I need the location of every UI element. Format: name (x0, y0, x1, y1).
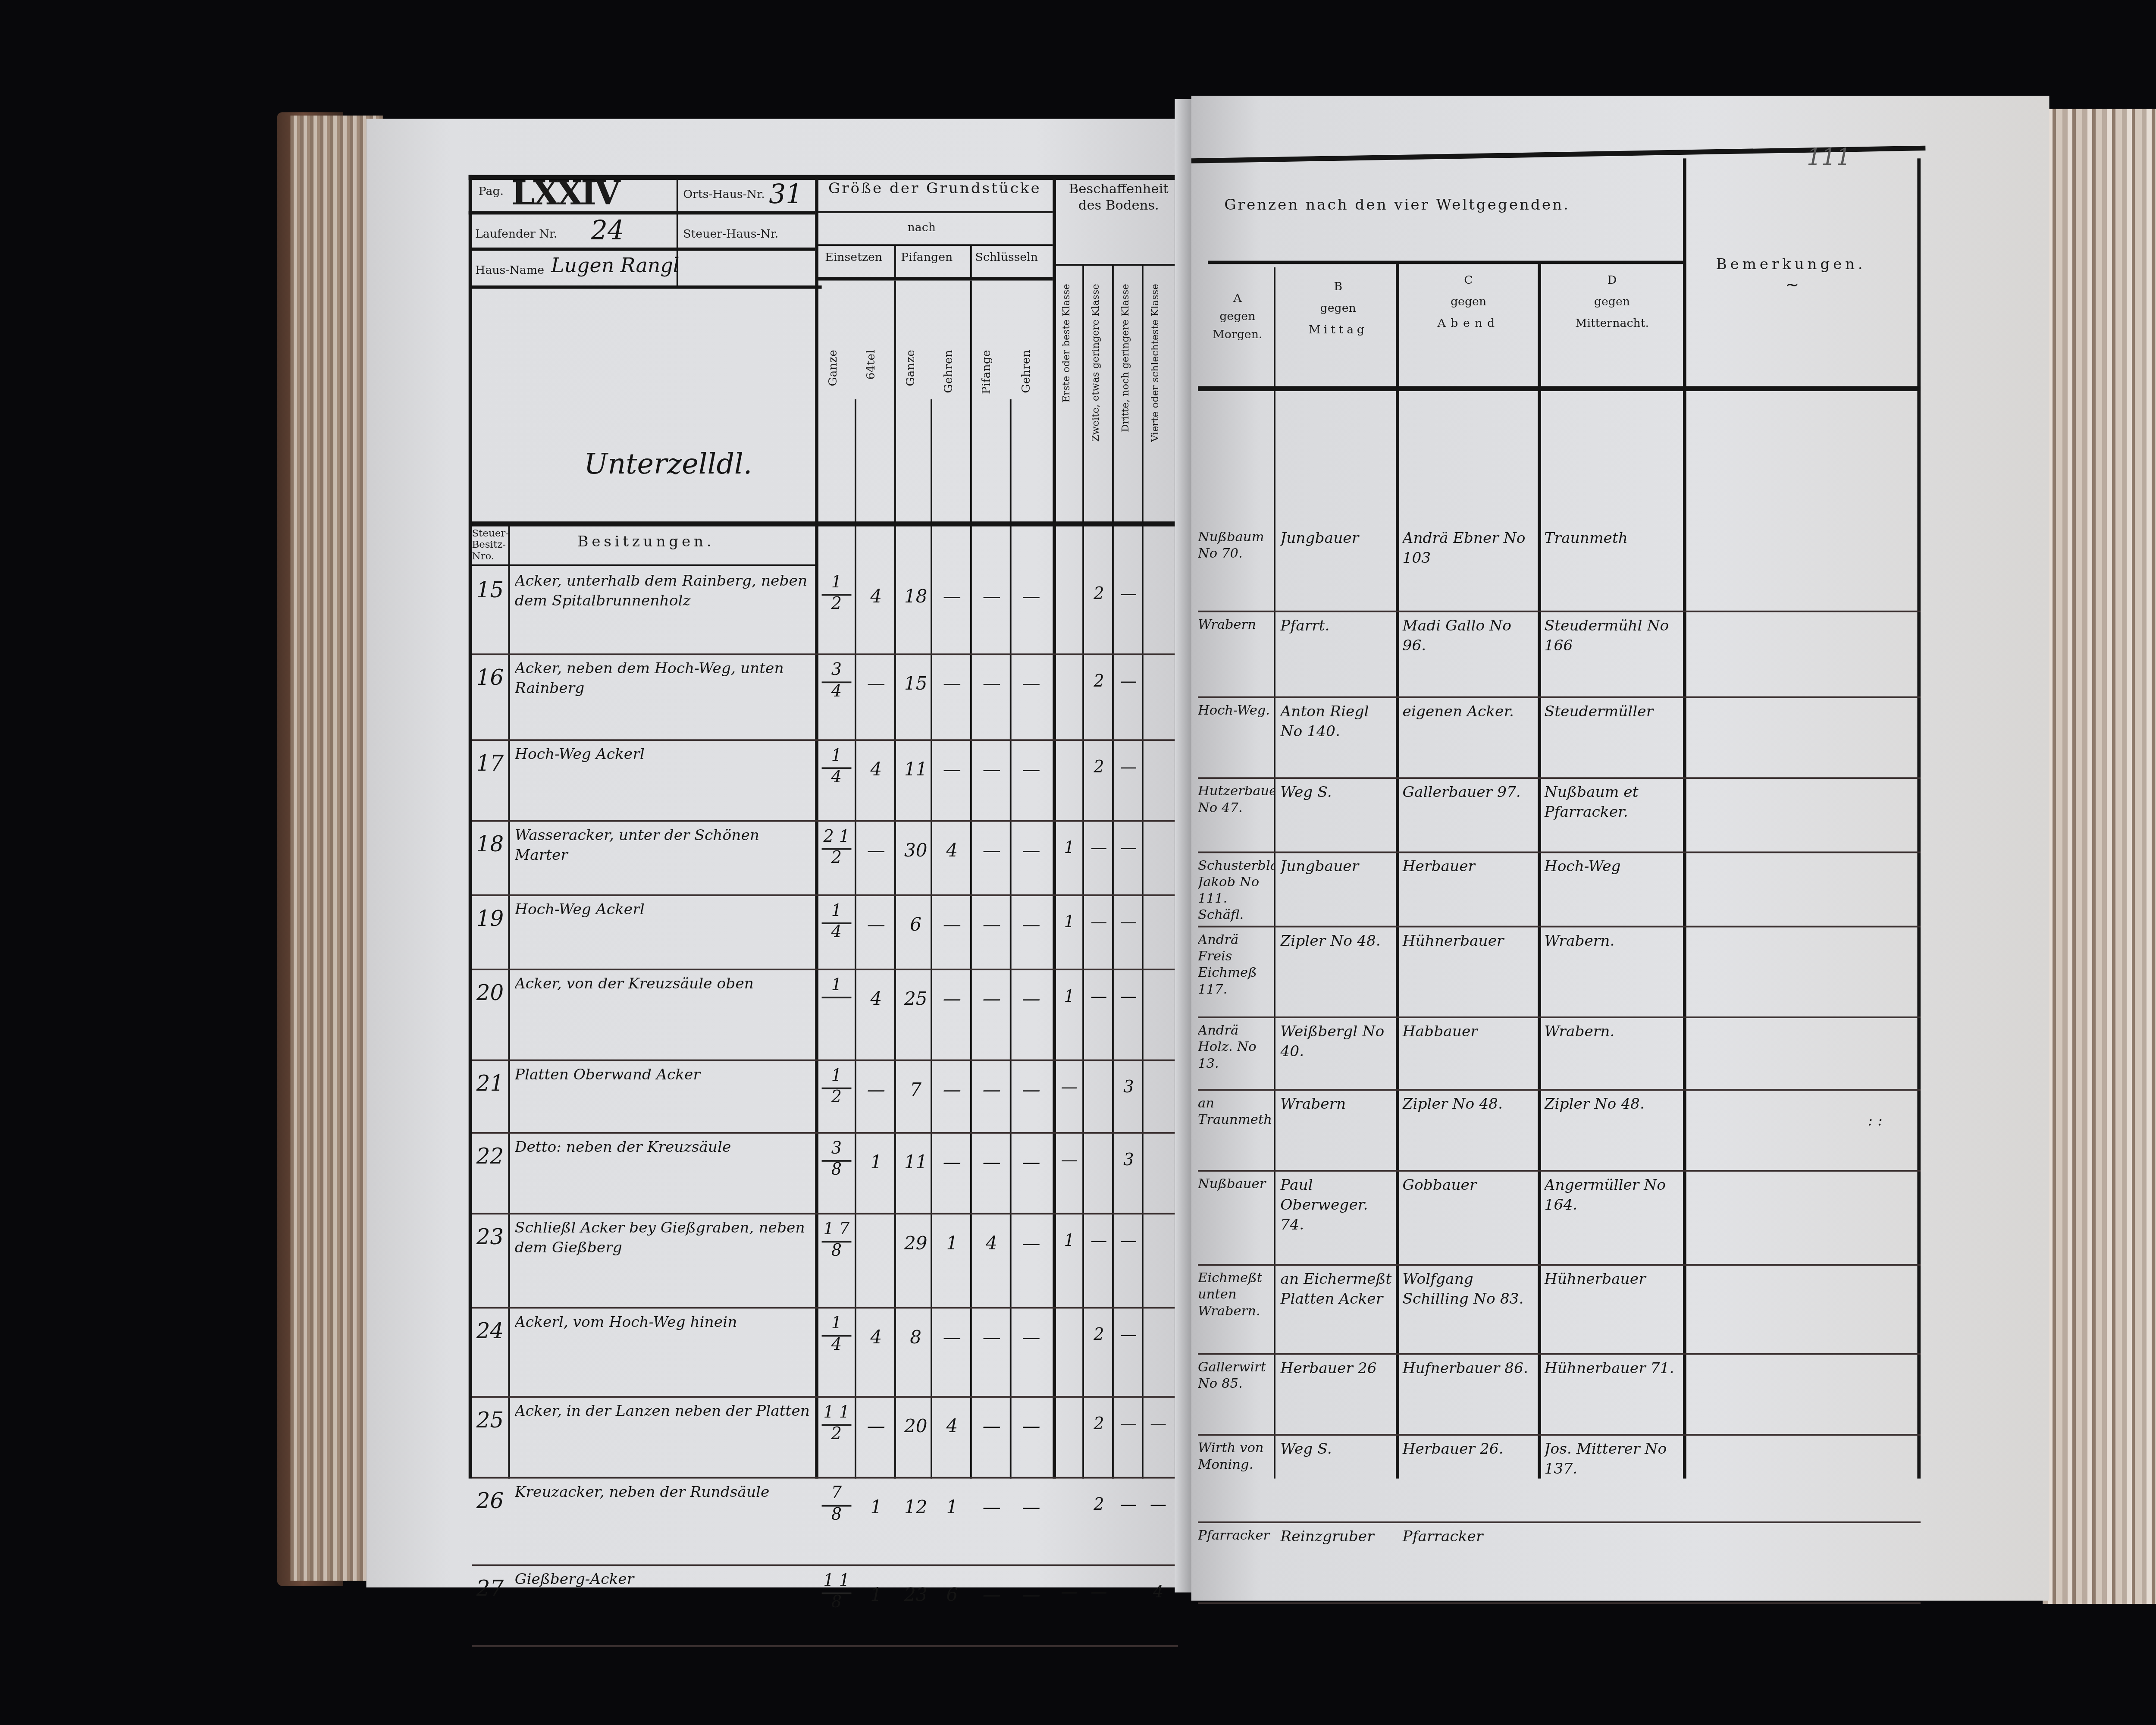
boundary-east: Andrä Freis Eichmeß 117. (1198, 933, 1274, 1016)
value-c1: — (858, 672, 894, 694)
value-c5: — (1013, 1496, 1049, 1518)
boundary-south: an Eichermeßt Platten Acker (1280, 1271, 1392, 1353)
value-c2: 12 (898, 1496, 934, 1518)
boundary-east: Wirth von Moning. (1198, 1440, 1274, 1522)
value-k3: 3 (1116, 1151, 1142, 1170)
value-c2: 18 (898, 586, 934, 608)
value-c4: — (974, 915, 1010, 936)
value-c2: 11 (898, 759, 934, 781)
group-pifangen: Pifangen (901, 251, 953, 264)
value-k4: — (1145, 1496, 1172, 1515)
boundary-west: Habbauer (1403, 1022, 1535, 1089)
boundary-west: eigenen Acker. (1403, 703, 1535, 778)
value-c1: — (858, 915, 894, 936)
boundary-north: Zipler No 48. (1545, 1095, 1680, 1170)
value-k1: 1 (1056, 840, 1082, 858)
value-k4: — (1145, 1415, 1172, 1433)
boundary-east: Nußbauer (1198, 1176, 1274, 1264)
possession-description: Acker, neben dem Hoch-Weg, unten Rainber… (515, 659, 812, 739)
col-d-header: D gegen Mitternacht. (1541, 271, 1683, 335)
possession-description: Gießberg-Acker (515, 1571, 812, 1646)
value-k3: — (1116, 759, 1142, 777)
boundary-east: Schusterblatt Jakob No 111. Schäfl. (1198, 859, 1274, 926)
value-k3: — (1116, 1496, 1142, 1515)
value-k2: 2 (1086, 1415, 1112, 1433)
boundary-north: Wrabern. (1545, 933, 1680, 1016)
value-c5: — (1013, 1327, 1049, 1349)
value-c5: — (1013, 1151, 1049, 1173)
possession-description: Schließl Acker bey Gießgraben, neben dem… (515, 1220, 812, 1308)
possession-description: Hoch-Weg Ackerl (515, 746, 812, 821)
col-pifange: Pifange (980, 350, 993, 394)
boundary-west: Gobbauer (1403, 1176, 1535, 1264)
boundary-north: Nußbaum et Pfarracker. (1545, 784, 1680, 852)
boundary-west: Wolfgang Schilling No 83. (1403, 1271, 1535, 1353)
value-c2: 11 (898, 1151, 934, 1173)
remark: : : (1868, 1112, 1914, 1132)
groesse-title: Größe der Grundstücke (828, 182, 1041, 198)
row-divider (1198, 1522, 1921, 1524)
value-c2: 15 (898, 672, 934, 694)
value-c2: 29 (898, 1233, 934, 1254)
possession-description: Platten Oberwand Acker (515, 1065, 812, 1132)
row-divider (472, 1308, 1178, 1309)
possession-description: Ackerl, vom Hoch-Weg hinein (515, 1314, 812, 1396)
fraction-ganze: 1 12 (818, 1405, 855, 1443)
row-divider (1198, 1265, 1921, 1267)
row-divider (1198, 1353, 1921, 1355)
value-k1: — (1056, 1079, 1082, 1097)
beschaffenheit-title: Beschaffenheit des Bodens. (1059, 182, 1178, 215)
row-divider (1198, 778, 1921, 779)
value-c5: — (1013, 586, 1049, 608)
boundary-south: Weg S. (1280, 784, 1392, 852)
col-gehren-2: Gehren (1020, 350, 1033, 393)
value-c1: 1 (858, 1584, 894, 1606)
value-c5: — (1013, 1233, 1049, 1254)
value-c3: — (934, 1079, 970, 1100)
fraction-ganze: 14 (818, 1317, 855, 1355)
orts-haus-nr-value: 31 (769, 178, 802, 210)
value-k1: — (1056, 1151, 1082, 1170)
boundary-north: Traunmeth (1545, 530, 1680, 609)
value-c5: — (1013, 1079, 1049, 1100)
besitzungen-label: Besitzungen. (577, 535, 714, 551)
value-k3: 3 (1116, 1079, 1142, 1097)
row-divider (472, 1213, 1178, 1214)
groesse-sub: nach (908, 221, 936, 235)
laufender-nr-label: Laufender Nr. (475, 228, 557, 241)
possession-description: Acker, unterhalb dem Rainberg, neben dem… (515, 573, 812, 652)
value-c5: — (1013, 759, 1049, 781)
fraction-ganze: 12 (818, 1069, 855, 1107)
value-c3: 1 (934, 1496, 970, 1518)
boundary-north (1545, 1528, 1680, 1603)
fraction-ganze: 1 (818, 979, 855, 1001)
value-c4: — (974, 586, 1010, 608)
steuer-besitz-nr: 20 (472, 982, 508, 1007)
value-c2: 6 (898, 915, 934, 936)
value-k2: — (1086, 1584, 1112, 1603)
value-c3: — (934, 1151, 970, 1173)
row-divider (1198, 1089, 1921, 1091)
steuer-besitz-nr: 21 (472, 1072, 508, 1096)
row-divider (472, 969, 1178, 971)
value-c2: 23 (898, 1584, 934, 1606)
possession-description: Kreuzacker, neben der Rundsäule (515, 1483, 812, 1565)
value-c4: — (974, 1496, 1010, 1518)
value-k3: — (1116, 1327, 1142, 1345)
value-k1: 1 (1056, 915, 1082, 933)
boundary-south: Wrabern (1280, 1095, 1392, 1170)
value-k2: 2 (1086, 759, 1112, 777)
col-gehren-1: Gehren (942, 350, 956, 393)
row-divider (472, 1477, 1178, 1478)
col-c-header: C gegen Abend (1403, 271, 1535, 335)
boundary-east: Andrä Holz. No 13. (1198, 1022, 1274, 1089)
value-k2: — (1086, 840, 1112, 858)
boundary-east: Pfarracker (1198, 1528, 1274, 1603)
value-k2: 2 (1086, 1496, 1112, 1515)
value-c3: — (934, 915, 970, 936)
value-k4: 4 (1145, 1584, 1172, 1603)
boundary-south: Zipler No 48. (1280, 933, 1392, 1016)
boundary-west: Hufnerbauer 86. (1403, 1359, 1535, 1434)
boundary-south: Jungbauer (1280, 530, 1392, 609)
class-2: Zweite, etwas geringere Klasse (1091, 284, 1102, 442)
laufender-nr-value: 24 (591, 214, 624, 246)
fraction-ganze: 1 18 (818, 1574, 855, 1612)
value-c2: 25 (898, 989, 934, 1011)
boundary-east: Gallerwirt No 85. (1198, 1359, 1274, 1434)
value-c3: 6 (934, 1584, 970, 1606)
possession-description: Acker, von der Kreuzsäule oben (515, 976, 812, 1059)
col-64tel: 64tel (865, 350, 878, 379)
boundary-south: Reinzgruber (1280, 1528, 1392, 1603)
value-k3: — (1116, 586, 1142, 604)
value-k2: — (1086, 989, 1112, 1007)
row-divider (1198, 1434, 1921, 1436)
row-divider (472, 739, 1178, 741)
value-c3: — (934, 759, 970, 781)
row-divider (1198, 926, 1921, 928)
boundary-south: Anton Riegl No 140. (1280, 703, 1392, 778)
boundary-north: Angermüller No 164. (1545, 1176, 1680, 1264)
col-ganze-2: Ganze (904, 350, 918, 386)
value-c4: — (974, 1327, 1010, 1349)
boundary-west: Gallerbauer 97. (1403, 784, 1535, 852)
boundary-north: Hühnerbauer 71. (1545, 1359, 1680, 1434)
boundary-north: Jos. Mitterer No 137. (1545, 1440, 1680, 1522)
value-k1: 1 (1056, 1233, 1082, 1251)
bemerkungen-label: Bemerkungen. (1716, 257, 1866, 274)
row-divider (472, 1565, 1178, 1566)
steuer-besitz-label: Steuer-Besitz-Nro. (472, 528, 508, 562)
boundary-north: Hoch-Weg (1545, 859, 1680, 926)
value-c3: 4 (934, 840, 970, 862)
left-page: Pag. LXXIV Orts-Haus-Nr. 31 Laufender Nr… (366, 119, 1204, 1588)
steuer-haus-nr-label: Steuer-Haus-Nr. (683, 228, 778, 241)
value-k2: 2 (1086, 1327, 1112, 1345)
value-c5: — (1013, 989, 1049, 1011)
steuer-besitz-nr: 15 (472, 579, 508, 604)
row-divider (1198, 696, 1921, 698)
boundary-north: Steudermühl No 166 (1545, 616, 1680, 696)
group-einsetzen: Einsetzen (825, 251, 882, 264)
fraction-ganze: 14 (818, 749, 855, 787)
boundary-east: Eichmeßt unten Wrabern. (1198, 1271, 1274, 1353)
boundary-south: Weißbergl No 40. (1280, 1022, 1392, 1089)
boundary-east: Hoch-Weg. (1198, 703, 1274, 778)
grenzen-title: Grenzen nach den vier Weltgegenden. (1224, 198, 1570, 214)
value-c3: 4 (934, 1415, 970, 1437)
boundary-west: Pfarracker (1403, 1528, 1535, 1603)
value-c1: 4 (858, 1327, 894, 1349)
row-divider (472, 820, 1178, 822)
pag-value: LXXIV (511, 173, 619, 213)
value-c4: — (974, 1584, 1010, 1606)
steuer-besitz-nr: 16 (472, 666, 508, 690)
fraction-ganze: 1 78 (818, 1223, 855, 1261)
row-divider (472, 1396, 1178, 1397)
folio-number: 111 (1807, 145, 1851, 172)
orts-haus-nr-label: Orts-Haus-Nr. (683, 188, 765, 201)
row-divider (1198, 610, 1921, 612)
group-schluesseln: Schlüsseln (975, 251, 1038, 264)
possession-description: Acker, in der Lanzen neben der Platten (515, 1402, 812, 1477)
boundary-east: Wrabern (1198, 616, 1274, 696)
steuer-besitz-nr: 24 (472, 1321, 508, 1345)
boundary-south: Weg S. (1280, 1440, 1392, 1522)
steuer-besitz-nr: 17 (472, 753, 508, 777)
value-c1: 4 (858, 989, 894, 1011)
value-k3: — (1116, 989, 1142, 1007)
row-divider (1198, 1016, 1921, 1017)
value-k1: — (1056, 1584, 1082, 1603)
value-c5: — (1013, 1584, 1049, 1606)
value-c4: — (974, 1151, 1010, 1173)
value-c4: — (974, 759, 1010, 781)
boundary-south: Jungbauer (1280, 859, 1392, 926)
boundary-west: Madi Gallo No 96. (1403, 616, 1535, 696)
steuer-besitz-nr: 23 (472, 1226, 508, 1251)
value-c5: — (1013, 672, 1049, 694)
value-c1: — (858, 1079, 894, 1100)
possession-description: Wasseracker, unter der Schönen Marter (515, 827, 812, 895)
steuer-besitz-nr: 19 (472, 908, 508, 933)
fraction-ganze: 2 12 (818, 830, 855, 868)
value-c4: — (974, 672, 1010, 694)
value-k3: — (1116, 1415, 1142, 1433)
col-a-header: A gegen Morgen. (1204, 290, 1270, 345)
value-k2: — (1086, 915, 1112, 933)
value-c2: 30 (898, 840, 934, 862)
value-k2: 2 (1086, 586, 1112, 604)
value-c1: 4 (858, 586, 894, 608)
boundary-north: Hühnerbauer (1545, 1271, 1680, 1353)
possession-description: Hoch-Weg Ackerl (515, 901, 812, 969)
row-divider (472, 652, 1178, 654)
possession-description: Detto: neben der Kreuzsäule (515, 1138, 812, 1213)
col-b-header: B gegen Mittag (1280, 277, 1396, 342)
row-divider (1198, 1603, 1921, 1605)
row-divider (472, 1059, 1178, 1060)
row-divider (1198, 1170, 1921, 1172)
row-divider (472, 1132, 1178, 1133)
value-k3: — (1116, 1233, 1142, 1251)
value-c2: 7 (898, 1079, 934, 1100)
boundary-north: Wrabern. (1545, 1022, 1680, 1089)
right-page: 111 Grenzen nach den vier Weltgegenden. … (1191, 96, 2049, 1601)
value-c3: — (934, 1327, 970, 1349)
fraction-ganze: 34 (818, 662, 855, 700)
steuer-besitz-nr: 26 (472, 1490, 508, 1515)
owner-place: Unterzelldl. (584, 449, 752, 482)
value-c4: 4 (974, 1233, 1010, 1254)
value-c5: — (1013, 1415, 1049, 1437)
class-1: Erste oder beste Klasse (1061, 284, 1072, 403)
fraction-ganze: 38 (818, 1142, 855, 1179)
fraction-ganze: 14 (818, 905, 855, 943)
value-c2: 8 (898, 1327, 934, 1349)
fraction-ganze: 78 (818, 1487, 855, 1524)
value-c4: — (974, 1079, 1010, 1100)
value-c2: 20 (898, 1415, 934, 1437)
value-c5: — (1013, 840, 1049, 862)
value-c1: — (858, 1415, 894, 1437)
value-c5: — (1013, 915, 1049, 936)
value-k1: 1 (1056, 989, 1082, 1007)
value-c3: 1 (934, 1233, 970, 1254)
class-4: Vierte oder schlechteste Klasse (1150, 284, 1162, 442)
photo-stage: Pag. LXXIV Orts-Haus-Nr. 31 Laufender Nr… (0, 0, 2156, 1725)
value-k2: 2 (1086, 672, 1112, 690)
boundary-west: Zipler No 48. (1403, 1095, 1535, 1170)
bemerkungen-ornament: ~ (1785, 277, 1799, 295)
boundary-south: Paul Oberweger. 74. (1280, 1176, 1392, 1264)
value-c1: 4 (858, 759, 894, 781)
boundary-south: Herbauer 26 (1280, 1359, 1392, 1434)
value-c3: — (934, 989, 970, 1011)
haus-name-value: Lugen Rangl (551, 254, 680, 277)
haus-name-label: Haus-Name (475, 264, 544, 277)
value-k3: — (1116, 672, 1142, 690)
fraction-ganze: 12 (818, 576, 855, 614)
boundary-east: Nußbaum No 70. (1198, 530, 1274, 609)
row-divider (472, 1646, 1178, 1648)
boundary-west: Herbauer (1403, 859, 1535, 926)
value-c1: — (858, 840, 894, 862)
boundary-south: Pfarrt. (1280, 616, 1392, 696)
boundary-east: an Traunmeth (1198, 1095, 1274, 1170)
pag-label: Pag. (479, 185, 504, 198)
steuer-besitz-nr: 22 (472, 1145, 508, 1170)
boundary-east: Hutzerbauer No 47. (1198, 784, 1274, 852)
value-k3: — (1116, 840, 1142, 858)
value-c4: — (974, 989, 1010, 1011)
value-k3: — (1116, 915, 1142, 933)
value-c1: 1 (858, 1496, 894, 1518)
boundary-west: Hühnerbauer (1403, 933, 1535, 1016)
row-divider (472, 895, 1178, 897)
steuer-besitz-nr: 18 (472, 834, 508, 858)
value-c4: — (974, 840, 1010, 862)
boundary-west: Andrä Ebner No 103 (1403, 530, 1535, 609)
boundary-west: Herbauer 26. (1403, 1440, 1535, 1522)
value-c1: 1 (858, 1151, 894, 1173)
value-c4: — (974, 1415, 1010, 1437)
row-divider (1198, 852, 1921, 854)
steuer-besitz-nr: 27 (472, 1578, 508, 1603)
class-3: Dritte, noch geringere Klasse (1120, 284, 1132, 432)
value-k2: — (1086, 1233, 1112, 1251)
value-c3: — (934, 672, 970, 694)
boundary-north: Steudermüller (1545, 703, 1680, 778)
col-ganze-1: Ganze (827, 350, 840, 386)
value-c3: — (934, 586, 970, 608)
steuer-besitz-nr: 25 (472, 1409, 508, 1433)
page-edges-right (2043, 109, 2156, 1604)
